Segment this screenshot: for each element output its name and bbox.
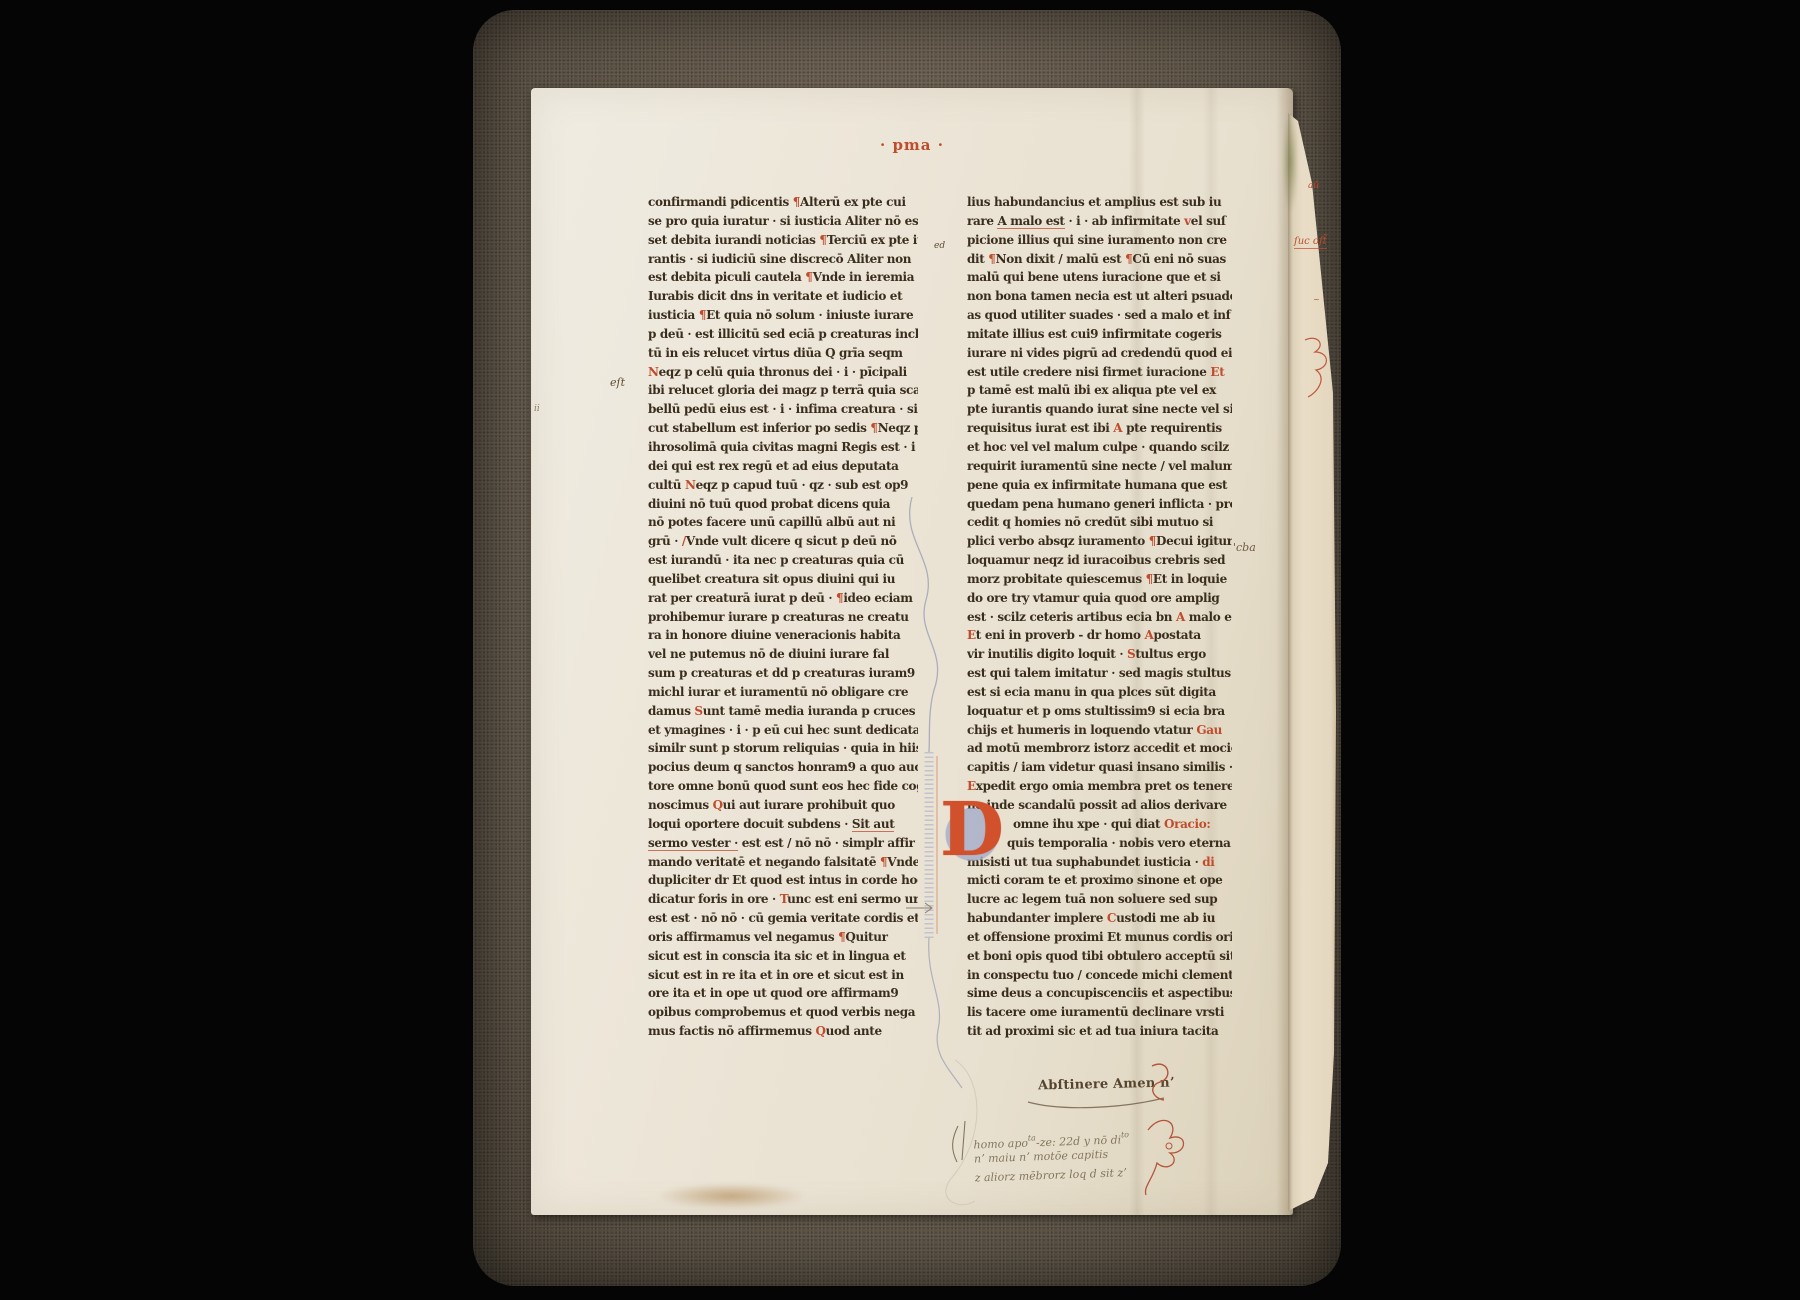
text-line: se pro quia iuratur · si iusticia Aliter… [648, 212, 918, 231]
fold-stain [1283, 113, 1298, 211]
text-line: loqui oportere docuit subdens · Sit aut [648, 815, 918, 834]
text-line: Iurabis dicit dns in veritate et iudicio… [648, 287, 918, 306]
text-line: pocius deum q sanctos honram9 a quo auc [648, 758, 918, 777]
text-line: Et eni in proverb - dr homo Apostata [967, 626, 1232, 645]
margin-superscript-ed: ed [934, 241, 945, 251]
text-line: lis tacere ome iuramentū declinare vrsti [967, 1003, 1232, 1022]
text-line: et offensione proximi Et munus cordis or… [967, 928, 1232, 947]
text-line: bellū pedū eius est · i · infima creatur… [648, 400, 918, 419]
text-line: tū in eis relucet virtus diūa Q grīa seq… [648, 344, 918, 363]
text-line: michl iurar et iuramentū nō obligare cre [648, 683, 918, 702]
text-line: est · scilz ceteris artibus ecia bn A ma… [967, 608, 1232, 627]
text-line: quedam pena humano generi inflicta · pro [967, 495, 1232, 514]
text-line: noscimus Qui aut iurare prohibuit quo [648, 796, 918, 815]
text-line: plici verbo absqz iuramento ¶Decui igitu… [967, 532, 1232, 551]
text-line: est debita piculi cautela ¶Vnde in ierem… [648, 268, 918, 287]
text-line: iurare ni vides pigrū ad credendū quod e… [967, 344, 1232, 363]
text-line: loquatur et p oms stultissim9 si ecia br… [967, 702, 1232, 721]
text-line: chijs et humeris in loquendo vtatur Gau [967, 721, 1232, 740]
text-line: in conspectu tuo / concede michi clement [967, 966, 1232, 985]
text-line: requisitus iurat est ibi A pte requirent… [967, 419, 1232, 438]
margin-tick: ii [534, 404, 540, 414]
text-line: iusticia ¶Et quia nō solum · iniuste iur… [648, 306, 918, 325]
text-line: sermo vester · est est / nō nō · simplr … [648, 834, 918, 853]
text-line: ibi relucet gloria dei magz p terrā quia… [648, 381, 918, 400]
text-line: et boni opis quod tibi obtulero acceptū … [967, 947, 1232, 966]
text-line: est qui talem imitatur · sed magis stult… [967, 664, 1232, 683]
text-line: rare A malo est · i · ab infirmitate vel… [967, 212, 1232, 231]
fold-margin-note-1: aũ [1308, 181, 1319, 191]
text-line: pene quia ex infirmitate humana que est [967, 476, 1232, 495]
text-line: picione illius qui sine iuramento non cr… [967, 231, 1232, 250]
text-line: mus factis nō affirmemus Quod ante [648, 1022, 918, 1041]
text-line: dit ¶Non dixit / malū est ¶Cū eni nō sua… [967, 250, 1232, 269]
text-line: et hoc vel vel malum culpe · quando scil… [967, 438, 1232, 457]
text-line: confirmandi pdicentis ¶Alterū ex pte cui [648, 193, 918, 212]
text-line: dei qui est rex regū et ad eius deputata [648, 457, 918, 476]
text-line: habundanter implere Custodi me ab iu [967, 909, 1232, 928]
text-line: as quod utiliter suades · sed a malo et … [967, 306, 1232, 325]
cursive-annotation: homo apota-ze: 22d y nō ditonʼ maiu nʼ m… [973, 1125, 1175, 1188]
text-line: est utile credere nisi firmet iuracione … [967, 363, 1232, 382]
text-line: grū · /Vnde vult dicere q sicut p deū nō [648, 532, 918, 551]
text-line: similr sunt p storum reliquias · quia in… [648, 739, 918, 758]
text-line: sime deus a concupiscenciis et aspectibu… [967, 984, 1232, 1003]
text-line: rat per creaturā iurat p deū · ¶ideo eci… [648, 589, 918, 608]
text-line: prohibemur iurare p creaturas ne creatu [648, 608, 918, 627]
margin-note-est: eſt [610, 376, 625, 389]
decorated-initial-d: D [933, 797, 1011, 869]
text-line: p deū · est illicitū sed eciā p creatura… [648, 325, 918, 344]
text-line: Expedit ergo omia membra pret os tenere [967, 777, 1232, 796]
text-line: oris affirmamus vel negamus ¶Quitur [648, 928, 918, 947]
text-line: ihrosolimā quia civitas magni Regis est … [648, 438, 918, 457]
text-line: est si ecia manu in qua plces sūt digita [967, 683, 1232, 702]
parchment-stain [656, 1183, 806, 1209]
text-column-left: confirmandi pdicentis ¶Alterū ex pte cui… [648, 193, 918, 1041]
text-column-right: lius habundancius et amplius est sub iur… [967, 193, 1232, 1041]
fold-margin-tick: ~ [1313, 295, 1320, 304]
text-line: ra in honore diuine veneracionis habita [648, 626, 918, 645]
text-line: non bona tamen necia est ut alteri psuad… [967, 287, 1232, 306]
text-line: loquamur neqz id iuracoibus crebris sed [967, 551, 1232, 570]
text-line: sicut est in re ita et in ore et sicut e… [648, 966, 918, 985]
text-line: ore ita et in ope ut quod ore affirmam9 [648, 984, 918, 1003]
text-line: tore omne bonū quod sunt eos hec fide co… [648, 777, 918, 796]
text-line: damus Sunt tamē media iuranda p cruces [648, 702, 918, 721]
text-line: vel ne putemus nō de diuini iurare fal [648, 645, 918, 664]
text-line: lucre ac legem tuā non soluere sed sup [967, 890, 1232, 909]
text-line: capitis / iam videtur quasi insano simil… [967, 758, 1232, 777]
manuscript-photo: · pma · confirmandi pdicentis ¶Alterū ex… [0, 0, 1800, 1300]
colophon-abstinere-amen: Abſtinere Amen nʼ [1038, 1076, 1175, 1094]
text-line: cedit q homies nō credūt sibi mutuo si [967, 513, 1232, 532]
text-line: et ymagines · i · p eū cui hec sunt dedi… [648, 721, 918, 740]
text-line: diuini nō tuū quod probat dicens quia [648, 495, 918, 514]
text-line: cultū Neqz p capud tuū · qz · sub est op… [648, 476, 918, 495]
text-line: malū qui bene utens iuracione que et si [967, 268, 1232, 287]
text-line: requirit iuramentū sine necte / vel malu… [967, 457, 1232, 476]
text-line: rantis · si iudiciū sine discrecō Aliter… [648, 250, 918, 269]
running-title: · pma · [880, 136, 944, 154]
text-line: vir inutilis digito loquit · Stultus erg… [967, 645, 1232, 664]
text-line: Neqz p celū quia thronus dei · i · pīcip… [648, 363, 918, 382]
text-line: sum p creaturas et dd p creaturas iuram9 [648, 664, 918, 683]
text-line: dicatur foris in ore · Tunc est eni serm… [648, 890, 918, 909]
text-line: dupliciter dr Et quod est intus in corde… [648, 871, 918, 890]
text-line: tit ad proximi sic et ad tua iniura taci… [967, 1022, 1232, 1041]
text-line: nō potes facere unū capillū albū aut ni [648, 513, 918, 532]
text-line: mitate illius est cui9 infirmitate coger… [967, 325, 1232, 344]
text-line: est iurandū · ita nec p creaturas quia c… [648, 551, 918, 570]
text-line: pte iurantis quando iurat sine necte vel… [967, 400, 1232, 419]
text-line: est est · nō nō · cū gemia veritate cord… [648, 909, 918, 928]
text-line: ad motū membrorz istorz accedit et mocio [967, 739, 1232, 758]
fold-margin-note-2: ſuc oſt̃ [1294, 236, 1327, 249]
text-line: micti coram te et proximo sinone et ope [967, 871, 1232, 890]
text-line: p tamē est malū ibi ex aliqua pte vel ex [967, 381, 1232, 400]
text-line: morz probitate quiescemus ¶Et in loquie [967, 570, 1232, 589]
text-line: lius habundancius et amplius est sub iu [967, 193, 1232, 212]
text-line: quelibet creatura sit opus diuini qui iu [648, 570, 918, 589]
text-line: cut stabellum est inferior po sedis ¶Neq… [648, 419, 918, 438]
margin-note-cba: 'cba [1233, 541, 1256, 554]
text-line: do ore try vtamur quia quod ore amplig [967, 589, 1232, 608]
text-line: mando veritatē et negando falsitatē ¶Vnd… [648, 853, 918, 872]
text-line: opibus comprobemus et quod verbis nega [648, 1003, 918, 1022]
text-line: set debita iurandi noticias ¶Terciū ex p… [648, 231, 918, 250]
text-line: sicut est in conscia ita sic et in lingu… [648, 947, 918, 966]
